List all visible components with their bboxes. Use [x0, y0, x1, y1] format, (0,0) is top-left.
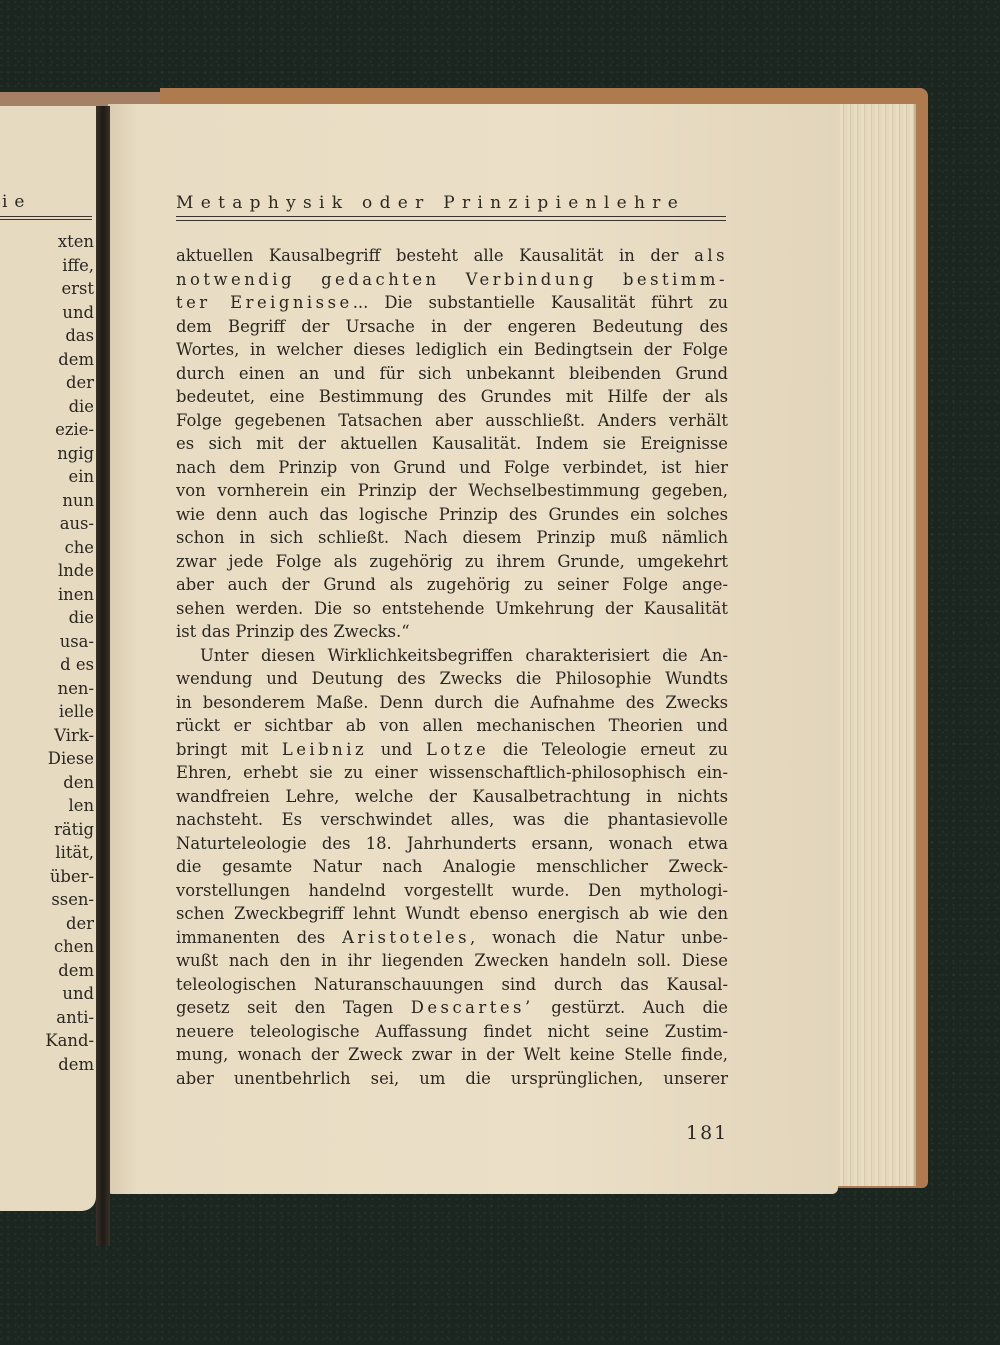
text-line: Wortes, in welcher dieses lediglich ein … — [176, 338, 728, 362]
text-line: von vornherein ein Prinzip der Wechselbe… — [176, 479, 728, 503]
page-block-edge — [826, 104, 916, 1186]
left-line-fragment: die — [0, 395, 94, 419]
text-run: Naturteleologie des 18. Jahrhunderts ers… — [176, 834, 728, 853]
text-run: die Teleologie erneut zu — [489, 740, 728, 759]
text-run: die gesamte Natur nach Analogie menschli… — [176, 857, 728, 876]
text-line: aber auch der Grund als zugehörig zu sei… — [176, 573, 728, 597]
text-run: gestürzt. Auch die — [534, 998, 728, 1017]
spaced-emphasis: Leibniz — [282, 740, 367, 759]
text-run: mung, wonach der Zweck zwar in der Welt … — [176, 1045, 728, 1064]
text-line: in besonderem Maße. Denn durch die Aufna… — [176, 691, 728, 715]
text-run: vorstellungen handelnd vorgestellt wurde… — [176, 881, 728, 900]
text-line: sehen werden. Die so entstehende Umkehru… — [176, 597, 728, 621]
text-line: neuere teleologische Auffassung findet n… — [176, 1020, 728, 1044]
text-line: schen Zweckbegriff lehnt Wundt ebenso en… — [176, 902, 728, 926]
head-rule — [176, 216, 726, 217]
left-line-fragment: d es — [0, 653, 94, 677]
text-run: zwar jede Folge als zugehörig zu ihrem G… — [176, 552, 728, 571]
text-run: schon in sich schließt. Nach diesem Prin… — [176, 528, 728, 547]
text-run: neuere teleologische Auffassung findet n… — [176, 1022, 728, 1041]
page-body-text: aktuellen Kausalbegriff besteht alle Kau… — [176, 244, 728, 1090]
left-head-rule — [0, 216, 92, 217]
left-line-fragment: lnde — [0, 559, 94, 583]
left-line-fragment: anti- — [0, 1006, 94, 1030]
text-run: nach dem Prinzip von Grund und Folge ver… — [176, 458, 728, 477]
text-line: vorstellungen handelnd vorgestellt wurde… — [176, 879, 728, 903]
left-line-fragment: Virk- — [0, 724, 94, 748]
text-run: aber unentbehrlich sei, um die ursprüngl… — [176, 1069, 728, 1088]
text-run: von vornherein ein Prinzip der Wechselbe… — [176, 481, 728, 500]
left-line-fragment: erst — [0, 277, 94, 301]
left-line-fragment: aus- — [0, 512, 94, 536]
text-line: wie denn auch das logische Prinzip des G… — [176, 503, 728, 527]
left-line-fragment: über- — [0, 865, 94, 889]
left-line-fragment: und — [0, 982, 94, 1006]
left-line-fragment: die — [0, 606, 94, 630]
text-line: mung, wonach der Zweck zwar in der Welt … — [176, 1043, 728, 1067]
text-line: durch einen an und für sich unbekannt bl… — [176, 362, 728, 386]
text-line: aber unentbehrlich sei, um die ursprüngl… — [176, 1067, 728, 1091]
left-line-fragment: dem — [0, 959, 94, 983]
text-line: bringt mit Leibniz und Lotze die Teleolo… — [176, 738, 728, 762]
left-line-fragment: Diese — [0, 747, 94, 771]
left-line-fragment: nen- — [0, 677, 94, 701]
text-line: ter Ereignisse... Die substantielle Kaus… — [176, 291, 728, 315]
book-gutter — [96, 106, 110, 1246]
text-run: wußt nach den in ihr liegenden Zwecken h… — [176, 951, 728, 970]
text-line: wußt nach den in ihr liegenden Zwecken h… — [176, 949, 728, 973]
text-line: aktuellen Kausalbegriff besteht alle Kau… — [176, 244, 728, 268]
left-line-fragment: chen — [0, 935, 94, 959]
left-page-text: xteniffe,erstunddasdemderdieezie-ngigein… — [0, 230, 94, 1076]
text-run: ist das Prinzip des Zwecks.“ — [176, 622, 410, 641]
text-run: Wortes, in welcher dieses lediglich ein … — [176, 340, 728, 359]
text-line: wendung und Deutung des Zwecks die Philo… — [176, 667, 728, 691]
text-run: sehen werden. Die so entstehende Umkehru… — [176, 599, 728, 618]
left-head-rule — [0, 219, 92, 220]
left-line-fragment: das — [0, 324, 94, 348]
running-head: Metaphysik oder Prinzipienlehre — [176, 193, 724, 213]
text-run: immanenten des — [176, 928, 342, 947]
left-line-fragment: che — [0, 536, 94, 560]
left-line-fragment: der — [0, 371, 94, 395]
text-run: Folge gegebenen Tatsachen aber ausschlie… — [176, 411, 728, 430]
text-run: Unter diesen Wirklichkeitsbegriffen char… — [200, 646, 728, 665]
text-run: rückt er sichtbar ab von allen mechanisc… — [176, 716, 728, 735]
text-line: rückt er sichtbar ab von allen mechanisc… — [176, 714, 728, 738]
text-run: gesetz seit den Tagen — [176, 998, 411, 1017]
left-line-fragment: rätig — [0, 818, 94, 842]
text-line: wandfreien Lehre, welche der Kausalbetra… — [176, 785, 728, 809]
text-line: dem Begriff der Ursache in der engeren B… — [176, 315, 728, 339]
left-line-fragment: dem — [0, 348, 94, 372]
left-line-fragment: der — [0, 912, 94, 936]
text-run: in besonderem Maße. Denn durch die Aufna… — [176, 693, 728, 712]
text-run: schen Zweckbegriff lehnt Wundt ebenso en… — [176, 904, 728, 923]
text-run: durch einen an und für sich unbekannt bl… — [176, 364, 728, 383]
spaced-emphasis: Aristoteles — [342, 928, 470, 947]
text-run: wandfreien Lehre, welche der Kausalbetra… — [176, 787, 728, 806]
left-line-fragment: xten — [0, 230, 94, 254]
left-line-fragment: und — [0, 301, 94, 325]
text-run: dem Begriff der Ursache in der engeren B… — [176, 317, 728, 336]
left-line-fragment: nun — [0, 489, 94, 513]
text-run: aber auch der Grund als zugehörig zu sei… — [176, 575, 728, 594]
page-number: 181 — [686, 1122, 728, 1144]
left-line-fragment: usa- — [0, 630, 94, 654]
head-rule — [176, 220, 726, 221]
left-line-fragment: ngig — [0, 442, 94, 466]
text-line: Ehren, erhebt sie zu einer wissenschaftl… — [176, 761, 728, 785]
text-run: Ehren, erhebt sie zu einer wissenschaftl… — [176, 763, 728, 782]
text-line: notwendig gedachten Verbindung bestimm- — [176, 268, 728, 292]
text-run: ... Die substantielle Kausalität führt z… — [353, 293, 728, 312]
text-line: es sich mit der aktuellen Kausalität. In… — [176, 432, 728, 456]
text-run: wie denn auch das logische Prinzip des G… — [176, 505, 728, 524]
left-line-fragment: dem — [0, 1053, 94, 1077]
text-run: aktuellen Kausalbegriff besteht alle Kau… — [176, 246, 694, 265]
text-line: zwar jede Folge als zugehörig zu ihrem G… — [176, 550, 728, 574]
text-run: es sich mit der aktuellen Kausalität. In… — [176, 434, 728, 453]
spaced-emphasis: Descartes’ — [411, 998, 534, 1017]
spaced-emphasis: notwendig gedachten Verbindung bestimm- — [176, 270, 728, 289]
text-run: nachsteht. Es verschwindet alles, was di… — [176, 810, 728, 829]
text-run: , wonach die Natur unbe- — [470, 928, 728, 947]
text-run: bringt mit — [176, 740, 282, 759]
left-line-fragment: ssen- — [0, 888, 94, 912]
left-line-fragment: lität, — [0, 841, 94, 865]
text-line: die gesamte Natur nach Analogie menschli… — [176, 855, 728, 879]
text-line: Folge gegebenen Tatsachen aber ausschlie… — [176, 409, 728, 433]
text-line: gesetz seit den Tagen Descartes’ gestürz… — [176, 996, 728, 1020]
spaced-emphasis: ter Ereignisse — [176, 293, 353, 312]
text-run: wendung und Deutung des Zwecks die Philo… — [176, 669, 728, 688]
left-line-fragment: len — [0, 794, 94, 818]
text-line: bedeutet, eine Bestimmung des Grundes mi… — [176, 385, 728, 409]
spaced-emphasis: als — [694, 246, 728, 265]
text-run: und — [367, 740, 426, 759]
text-line: teleologischen Naturanschauungen sind du… — [176, 973, 728, 997]
text-run: bedeutet, eine Bestimmung des Grundes mi… — [176, 387, 728, 406]
text-line: nachsteht. Es verschwindet alles, was di… — [176, 808, 728, 832]
left-line-fragment: ein — [0, 465, 94, 489]
text-run: teleologischen Naturanschauungen sind du… — [176, 975, 728, 994]
left-line-fragment: iffe, — [0, 254, 94, 278]
text-line: Unter diesen Wirklichkeitsbegriffen char… — [176, 644, 728, 668]
left-line-fragment: ielle — [0, 700, 94, 724]
left-line-fragment: Kand- — [0, 1029, 94, 1053]
text-line: immanenten des Aristoteles, wonach die N… — [176, 926, 728, 950]
spaced-emphasis: Lotze — [426, 740, 489, 759]
text-line: Naturteleologie des 18. Jahrhunderts ers… — [176, 832, 728, 856]
text-line: schon in sich schließt. Nach diesem Prin… — [176, 526, 728, 550]
left-line-fragment: inen — [0, 583, 94, 607]
left-running-head-fragment: ie — [2, 192, 32, 212]
left-line-fragment: ezie- — [0, 418, 94, 442]
text-line: nach dem Prinzip von Grund und Folge ver… — [176, 456, 728, 480]
text-line: ist das Prinzip des Zwecks.“ — [176, 620, 728, 644]
left-line-fragment: den — [0, 771, 94, 795]
